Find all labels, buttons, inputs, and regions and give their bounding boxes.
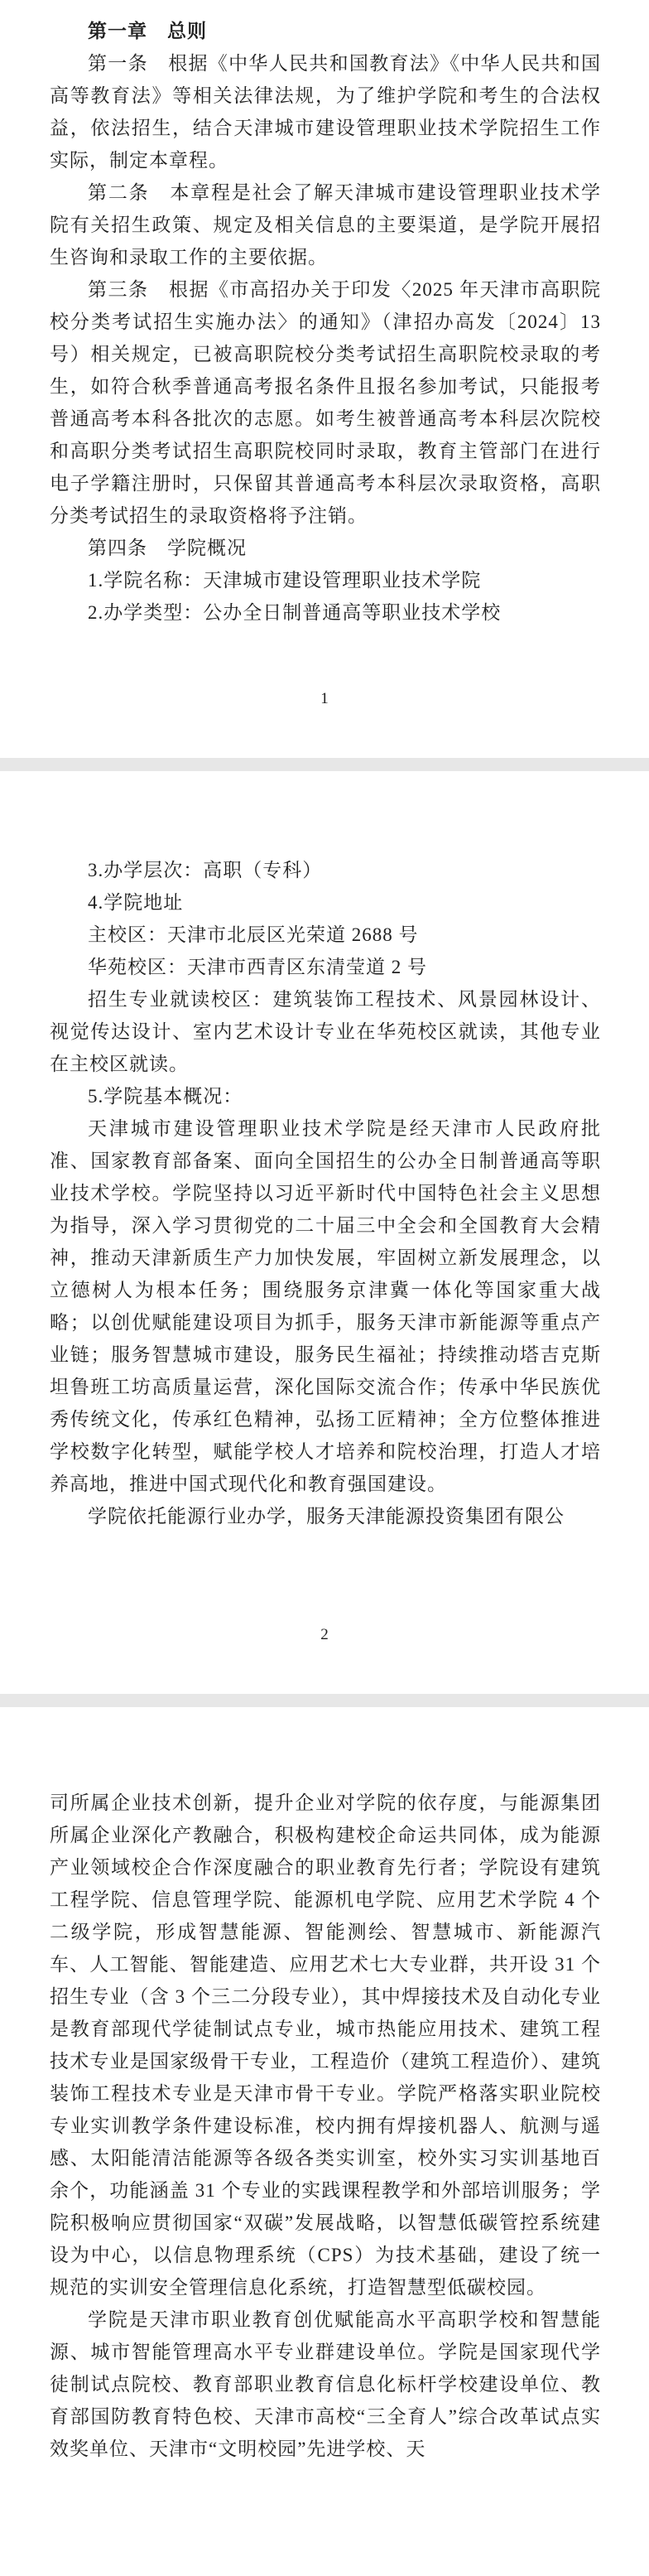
paragraph: 2.办学类型：公办全日制普通高等职业技术学校 bbox=[50, 596, 601, 629]
paragraph: 主校区：天津市北辰区光荣道 2688 号 bbox=[50, 919, 601, 951]
paragraph: 第一条 根据《中华人民共和国教育法》《中华人民共和国高等教育法》等相关法律法规，… bbox=[50, 47, 601, 176]
paragraph: 3.办学层次：高职（专科） bbox=[50, 854, 601, 886]
document-page-1: 第一章 总则第一条 根据《中华人民共和国教育法》《中华人民共和国高等教育法》等相… bbox=[0, 0, 649, 758]
paragraph: 招生专业就读校区：建筑装饰工程技术、风景园林设计、视觉传达设计、室内艺术设计专业… bbox=[50, 983, 601, 1080]
paragraph: 1.学院名称：天津城市建设管理职业技术学院 bbox=[50, 564, 601, 596]
page-2-body: 3.办学层次：高职（专科）4.学院地址主校区：天津市北辰区光荣道 2688 号华… bbox=[50, 854, 601, 1532]
document-page-3: 司所属企业技术创新，提升企业对学院的依存度，与能源集团所属企业深化产教融合，积极… bbox=[0, 1707, 649, 2576]
paragraph: 第三条 根据《市高招办关于印发〈2025 年天津市高职院校分类考试招生实施办法〉… bbox=[50, 273, 601, 532]
paragraph: 第二条 本章程是社会了解天津城市建设管理职业技术学院有关招生政策、规定及相关信息… bbox=[50, 176, 601, 273]
page-3-body: 司所属企业技术创新，提升企业对学院的依存度，与能源集团所属企业深化产教融合，积极… bbox=[50, 1787, 601, 2465]
page-number: 2 bbox=[0, 1626, 649, 1644]
paragraph: 华苑校区：天津市西青区东清莹道 2 号 bbox=[50, 951, 601, 983]
paragraph: 4.学院地址 bbox=[50, 886, 601, 919]
document-page-2: 3.办学层次：高职（专科）4.学院地址主校区：天津市北辰区光荣道 2688 号华… bbox=[0, 771, 649, 1694]
paragraph: 5.学院基本概况： bbox=[50, 1080, 601, 1112]
paragraph: 司所属企业技术创新，提升企业对学院的依存度，与能源集团所属企业深化产教融合，积极… bbox=[50, 1787, 601, 2303]
document-canvas: 第一章 总则第一条 根据《中华人民共和国教育法》《中华人民共和国高等教育法》等相… bbox=[0, 0, 649, 2576]
page-number: 1 bbox=[0, 690, 649, 708]
chapter-heading: 第一章 总则 bbox=[50, 15, 601, 47]
paragraph: 学院是天津市职业教育创优赋能高水平高职学校和智慧能源、城市智能管理高水平专业群建… bbox=[50, 2303, 601, 2465]
paragraph: 第四条 学院概况 bbox=[50, 532, 601, 564]
paragraph: 学院依托能源行业办学，服务天津能源投资集团有限公 bbox=[50, 1500, 601, 1532]
paragraph: 天津城市建设管理职业技术学院是经天津市人民政府批准、国家教育部备案、面向全国招生… bbox=[50, 1112, 601, 1500]
page-1-body: 第一章 总则第一条 根据《中华人民共和国教育法》《中华人民共和国高等教育法》等相… bbox=[50, 15, 601, 629]
